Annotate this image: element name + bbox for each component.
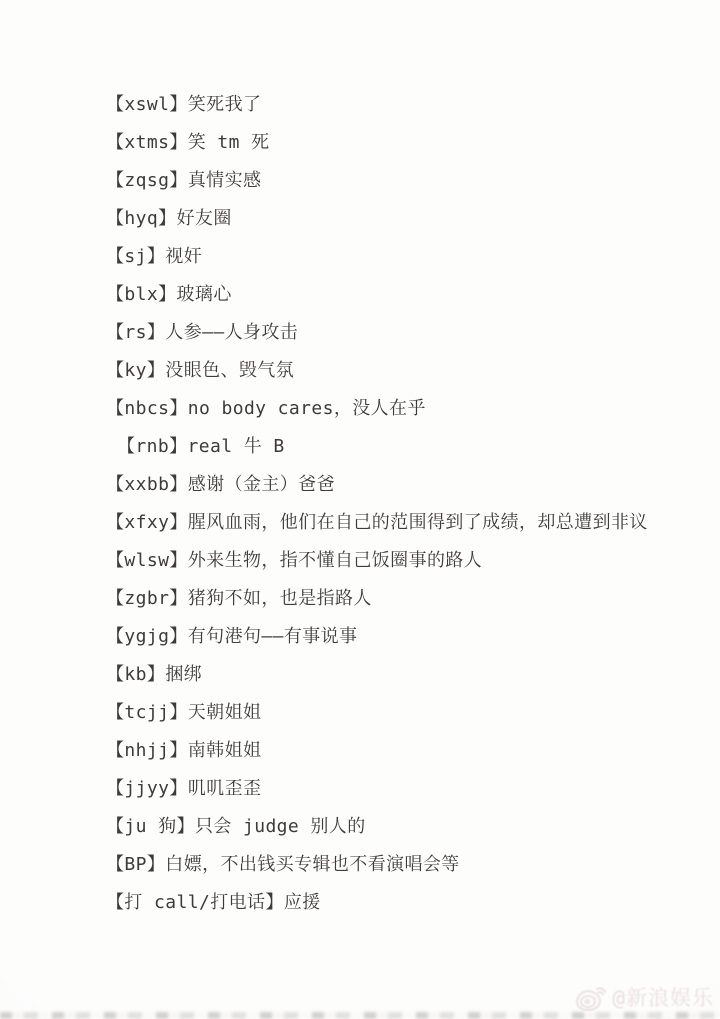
entry-definition: 南韩姐姐 (188, 740, 262, 761)
entry-definition: 笑死我了 (188, 94, 262, 115)
entry-term: ky (124, 360, 146, 381)
entry-definition: 没眼色、毁气氛 (165, 360, 294, 381)
entry-definition: 腥风血雨，他们在自己的范围得到了成绩，却总遭到非议 (188, 512, 648, 533)
entry-bracket-open: 【 (106, 94, 124, 115)
entry-term: ygjg (124, 626, 169, 647)
entry-term: zgbr (124, 588, 169, 609)
watermark-text: @新浪娱乐 (612, 982, 714, 1012)
entry-definition: 白嫖，不出钱买专辑也不看演唱会等 (165, 854, 459, 875)
entry-term: kb (124, 664, 146, 685)
entry-bracket-open: 【 (106, 740, 124, 761)
entry-definition: 真情实感 (188, 170, 262, 191)
entry-definition: no body cares，没人在乎 (188, 398, 426, 419)
entry-bracket-open: 【 (106, 246, 124, 267)
entry-bracket-close: 】 (177, 816, 195, 837)
weibo-watermark: @新浪娱乐 (575, 982, 714, 1012)
entry-bracket-close: 】 (158, 284, 176, 305)
entry-bracket-close: 】 (158, 208, 176, 229)
entry-bracket-close: 】 (169, 550, 187, 571)
entry-term: hyq (124, 208, 158, 229)
entry-bracket-close: 】 (169, 436, 187, 457)
entry-definition: 感谢（金主）爸爸 (188, 474, 335, 495)
glossary-entry: 【xfxy】腥风血雨，他们在自己的范围得到了成绩，却总遭到非议 (106, 504, 648, 542)
entry-bracket-close: 】 (169, 588, 187, 609)
entry-bracket-close: 】 (169, 740, 187, 761)
entry-definition: 捆绑 (165, 664, 202, 685)
entry-definition: 外来生物，指不懂自己饭圈事的路人 (188, 550, 482, 571)
entry-definition: 只会 judge 别人的 (195, 816, 366, 837)
entry-bracket-open: 【 (106, 170, 124, 191)
entry-definition: 人参——人身攻击 (165, 322, 298, 343)
glossary-entry: 【jjyy】叽叽歪歪 (106, 770, 648, 808)
glossary-entry: 【ky】没眼色、毁气氛 (106, 352, 648, 390)
glossary-entry: 【BP】白嫖，不出钱买专辑也不看演唱会等 (106, 846, 648, 884)
entry-bracket-open: 【 (106, 550, 124, 571)
entry-bracket-close: 】 (147, 246, 165, 267)
glossary-list: 【xswl】笑死我了 【xtms】笑 tm 死 【zqsg】真情实感 【hyq】… (106, 86, 648, 922)
glossary-entry: 【nbcs】no body cares，没人在乎 (106, 390, 648, 428)
entry-bracket-open: 【 (106, 398, 124, 419)
entry-term: nbcs (124, 398, 169, 419)
entry-term: nhjj (124, 740, 169, 761)
entry-bracket-close: 】 (147, 322, 165, 343)
glossary-entry: 【tcjj】天朝姐姐 (106, 694, 648, 732)
glossary-entry: 【hyq】好友圈 (106, 200, 648, 238)
entry-bracket-open: 【 (117, 436, 135, 457)
entry-term: rs (124, 322, 146, 343)
glossary-entry: 【kb】捆绑 (106, 656, 648, 694)
entry-term: ju 狗 (124, 816, 176, 837)
entry-bracket-close: 】 (169, 626, 187, 647)
entry-bracket-close: 】 (169, 398, 187, 419)
glossary-entry: 【xswl】笑死我了 (106, 86, 648, 124)
entry-bracket-open: 【 (106, 816, 124, 837)
entry-definition: 有句港句——有事说事 (188, 626, 358, 647)
glossary-entry: 【rnb】real 牛 B (106, 428, 648, 466)
glossary-entry: 【xtms】笑 tm 死 (106, 124, 648, 162)
entry-definition: 天朝姐姐 (188, 702, 262, 723)
entry-bracket-close: 】 (169, 132, 187, 153)
entry-bracket-close: 】 (169, 170, 187, 191)
entry-term: sj (124, 246, 146, 267)
entry-bracket-close: 】 (169, 702, 187, 723)
entry-bracket-close: 】 (169, 778, 187, 799)
entry-term: xxbb (124, 474, 169, 495)
entry-bracket-open: 【 (106, 664, 124, 685)
entry-term: xtms (124, 132, 169, 153)
entry-bracket-close: 】 (169, 512, 187, 533)
entry-definition: 笑 tm 死 (188, 132, 270, 153)
entry-bracket-open: 【 (106, 512, 124, 533)
entry-term: xswl (124, 94, 169, 115)
weibo-icon (575, 982, 609, 1012)
entry-term: rnb (135, 436, 169, 457)
entry-bracket-open: 【 (106, 702, 124, 723)
entry-bracket-open: 【 (106, 474, 124, 495)
entry-bracket-open: 【 (106, 360, 124, 381)
entry-definition: 好友圈 (177, 208, 232, 229)
entry-term: xfxy (124, 512, 169, 533)
entry-term: tcjj (124, 702, 169, 723)
glossary-entry: 【zqsg】真情实感 (106, 162, 648, 200)
entry-bracket-open: 【 (106, 322, 124, 343)
entry-term: 打 call/打电话 (124, 892, 265, 913)
entry-definition: 视奸 (165, 246, 202, 267)
entry-term: jjyy (124, 778, 169, 799)
entry-definition: 猪狗不如，也是指路人 (188, 588, 372, 609)
glossary-entry: 【wlsw】外来生物，指不懂自己饭圈事的路人 (106, 542, 648, 580)
entry-bracket-close: 】 (147, 360, 165, 381)
glossary-entry: 【rs】人参——人身攻击 (106, 314, 648, 352)
entry-term: BP (124, 854, 146, 875)
glossary-entry: 【ygjg】有句港句——有事说事 (106, 618, 648, 656)
glossary-entry: 【打 call/打电话】应援 (106, 884, 648, 922)
glossary-entry: 【xxbb】感谢（金主）爸爸 (106, 466, 648, 504)
glossary-entry: 【zgbr】猪狗不如，也是指路人 (106, 580, 648, 618)
entry-bracket-close: 】 (169, 474, 187, 495)
cropped-text-strip (0, 1012, 720, 1019)
entry-term: blx (124, 284, 158, 305)
glossary-entry: 【sj】视奸 (106, 238, 648, 276)
entry-bracket-open: 【 (106, 588, 124, 609)
entry-definition: 叽叽歪歪 (188, 778, 262, 799)
entry-bracket-open: 【 (106, 778, 124, 799)
entry-bracket-open: 【 (106, 208, 124, 229)
entry-bracket-open: 【 (106, 132, 124, 153)
entry-bracket-open: 【 (106, 626, 124, 647)
entry-definition: 玻璃心 (177, 284, 232, 305)
entry-bracket-close: 】 (265, 892, 283, 913)
entry-term: wlsw (124, 550, 169, 571)
entry-bracket-close: 】 (147, 854, 165, 875)
entry-definition: 应援 (284, 892, 321, 913)
entry-bracket-open: 【 (106, 892, 124, 913)
entry-bracket-open: 【 (106, 854, 124, 875)
document-page: 【xswl】笑死我了 【xtms】笑 tm 死 【zqsg】真情实感 【hyq】… (0, 0, 720, 1019)
entry-bracket-open: 【 (106, 284, 124, 305)
glossary-entry: 【blx】玻璃心 (106, 276, 648, 314)
entry-term: zqsg (124, 170, 169, 191)
entry-bracket-close: 】 (147, 664, 165, 685)
entry-bracket-close: 】 (169, 94, 187, 115)
entry-definition: real 牛 B (188, 436, 285, 457)
glossary-entry: 【ju 狗】只会 judge 别人的 (106, 808, 648, 846)
glossary-entry: 【nhjj】南韩姐姐 (106, 732, 648, 770)
